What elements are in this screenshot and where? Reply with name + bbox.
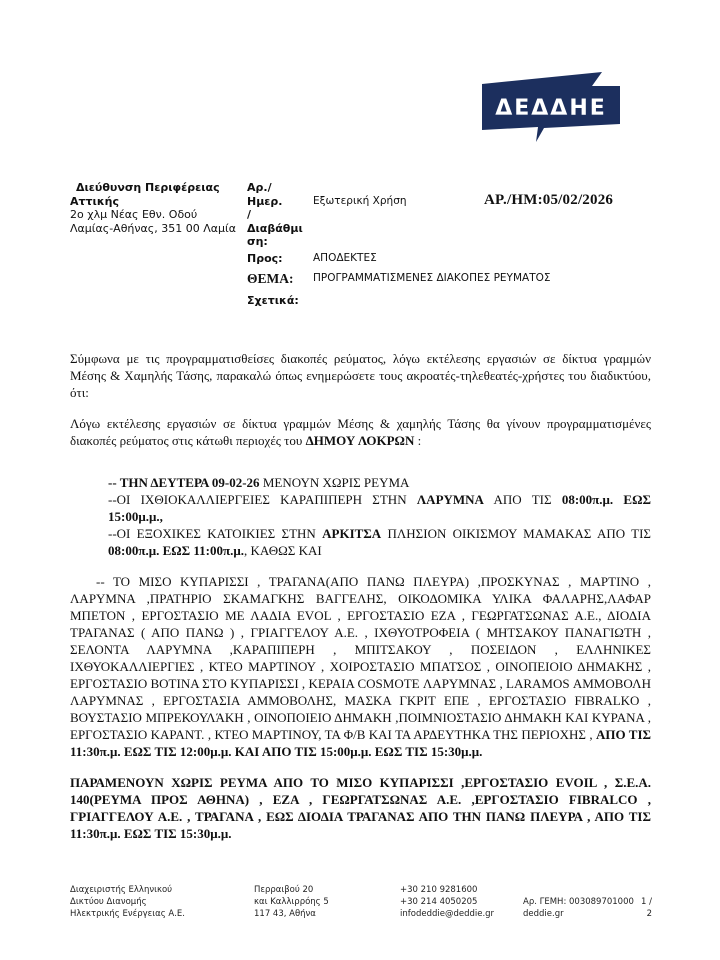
outage-item-text: --ΟΙ ΙΧΘΙΟΚΑΛΛΙΕΡΓΕΙΕΣ ΚΑΡΑΠΙΠΕΡΗ ΣΤΗΝ xyxy=(108,492,417,507)
outage-item-text: --ΟΙ ΕΞΟΧΙΚΕΣ ΚΑΤΟΙΚΙΕΣ ΣΤΗΝ xyxy=(108,526,322,541)
footer-line: Ηλεκτρικής Ενέργειας Α.Ε. xyxy=(70,908,185,920)
meta-label-line: Αρ./Ημερ. xyxy=(247,181,305,208)
footer-line: 117 43, Αθήνα xyxy=(254,908,329,920)
footer-registry: Αρ. ΓΕΜΗ: 003089701000 deddie.gr xyxy=(523,896,634,920)
outage-item-text: ΑΠΟ ΤΙΣ xyxy=(484,492,562,507)
date-classification-label: Αρ./Ημερ. / Διαβάθμι ση: xyxy=(247,181,305,249)
outage-item-text: , ΚΑΘΩΣ ΚΑΙ xyxy=(244,543,322,558)
municipality-name: ΔΗΜΟΥ ΛΟΚΡΩΝ xyxy=(306,433,415,448)
outage-item-arkitsa: --ΟΙ ΕΞΟΧΙΚΕΣ ΚΑΤΟΙΚΙΕΣ ΣΤΗΝ ΑΡΚΙΤΣΑ ΠΛΗ… xyxy=(108,525,651,559)
footer-line: και Καλλιρρόης 5 xyxy=(254,896,329,908)
reference-number: ΑΡ./ΗΜ:05/02/2026 xyxy=(484,192,613,209)
dash: -- xyxy=(108,475,120,490)
outage-schedule: -- ΤΗΝ ΔΕΥΤΕΡΑ 09-02-26 ΜΕΝΟΥΝ ΧΩΡΙΣ ΡΕΥ… xyxy=(108,474,651,559)
org-address-line1: 2ο χλμ Νέας Εθν. Οδού xyxy=(70,208,240,222)
intro-paragraph: Σύμφωνα με τις προγραμματισθείσες διακοπ… xyxy=(70,350,651,401)
deddie-logo-shape: ΔΕΔΔΗΕ xyxy=(482,72,620,142)
page-number-total: 2 xyxy=(638,908,652,920)
deddie-logo: ΔΕΔΔΗΕ xyxy=(482,72,620,142)
org-name-line2: Αττικής xyxy=(70,195,240,209)
page-number: 1 / 2 xyxy=(638,896,652,920)
meta-label-line: ση: xyxy=(247,235,305,249)
footer-line: Διαχειριστής Ελληνικού xyxy=(70,884,185,896)
meta-label-line: Διαβάθμι xyxy=(247,222,305,236)
outage-date: ΤΗΝ ΔΕΥΤΕΡΑ 09-02-26 xyxy=(120,475,260,490)
meta-label-line: / xyxy=(247,208,305,222)
footer-line: Δικτύου Διανομής xyxy=(70,896,185,908)
outage-date-line: -- ΤΗΝ ΔΕΥΤΕΡΑ 09-02-26 ΜΕΝΟΥΝ ΧΩΡΙΣ ΡΕΥ… xyxy=(108,474,651,491)
sender-organization: Διεύθυνση Περιφέρειας Αττικής 2ο χλμ Νέα… xyxy=(70,181,240,235)
svg-text:ΔΕΔΔΗΕ: ΔΕΔΔΗΕ xyxy=(495,96,607,121)
outage-item-text: ΠΛΗΣΙΟΝ ΟΙΚΙΣΜΟΥ ΜΑΜΑΚΑΣ ΑΠΟ ΤΙΣ xyxy=(381,526,651,541)
outage-location: ΑΡΚΙΤΣΑ xyxy=(322,526,381,541)
footer-address: Περραιβού 20 και Καλλιρρόης 5 117 43, Αθ… xyxy=(254,884,329,920)
subject-label: ΘΕΜΑ: xyxy=(247,271,294,287)
outage-item-larymna: --ΟΙ ΙΧΘΙΟΚΑΛΛΙΕΡΓΕΙΕΣ ΚΑΡΑΠΙΠΕΡΗ ΣΤΗΝ Λ… xyxy=(108,491,651,525)
footer-email-link[interactable]: infodeddie@deddie.gr xyxy=(400,908,494,920)
outage-date-rest: ΜΕΝΟΥΝ ΧΩΡΙΣ ΡΕΥΜΑ xyxy=(260,475,410,490)
outage-location: ΛΑΡΥΜΝΑ xyxy=(417,492,484,507)
footer-phone: +30 214 4050205 xyxy=(400,896,494,908)
footer-registry-number: Αρ. ΓΕΜΗ: 003089701000 xyxy=(523,896,634,908)
subject-value: ΠΡΟΓΡΑΜΜΑΤΙΣΜΕΝΕΣ ΔΙΑΚΟΠΕΣ ΡΕΥΜΑΤΟΣ xyxy=(313,272,551,284)
org-address-line2: Λαμίας-Αθήνας, 351 00 Λαμία xyxy=(70,222,240,236)
page-number-current: 1 / xyxy=(638,896,652,908)
footer-website-link[interactable]: deddie.gr xyxy=(523,908,634,920)
org-name-line1: Διεύθυνση Περιφέρειας xyxy=(70,181,220,194)
footer-company: Διαχειριστής Ελληνικού Δικτύου Διανομής … xyxy=(70,884,185,920)
area-paragraph: Λόγω εκτέλεσης εργασιών σε δίκτυα γραμμώ… xyxy=(70,415,651,449)
classification-value: Εξωτερική Χρήση xyxy=(313,195,407,207)
affected-areas-paragraph: -- ΤΟ ΜΙΣΟ ΚΥΠΑΡΙΣΣΙ , ΤΡΑΓΑΝΑ(ΑΠΟ ΠΑΝΩ … xyxy=(70,573,651,760)
outage-time: 08:00π.μ. ΕΩΣ 11:00π.μ. xyxy=(108,543,244,558)
related-label: Σχετικά: xyxy=(247,294,299,307)
remaining-outage-paragraph: ΠΑΡΑΜΕΝΟΥΝ ΧΩΡΙΣ ΡΕΥΜΑ ΑΠΟ ΤΟ ΜΙΣΟ ΚΥΠΑΡ… xyxy=(70,774,651,842)
footer-line: Περραιβού 20 xyxy=(254,884,329,896)
affected-areas-list: -- ΤΟ ΜΙΣΟ ΚΥΠΑΡΙΣΣΙ , ΤΡΑΓΑΝΑ(ΑΠΟ ΠΑΝΩ … xyxy=(70,574,651,742)
area-paragraph-end: : xyxy=(414,433,421,448)
to-value: ΑΠΟΔΕΚΤΕΣ xyxy=(313,252,377,264)
to-label: Προς: xyxy=(247,252,283,265)
footer-phone: +30 210 9281600 xyxy=(400,884,494,896)
footer-contact: +30 210 9281600 +30 214 4050205 infodedd… xyxy=(400,884,494,920)
